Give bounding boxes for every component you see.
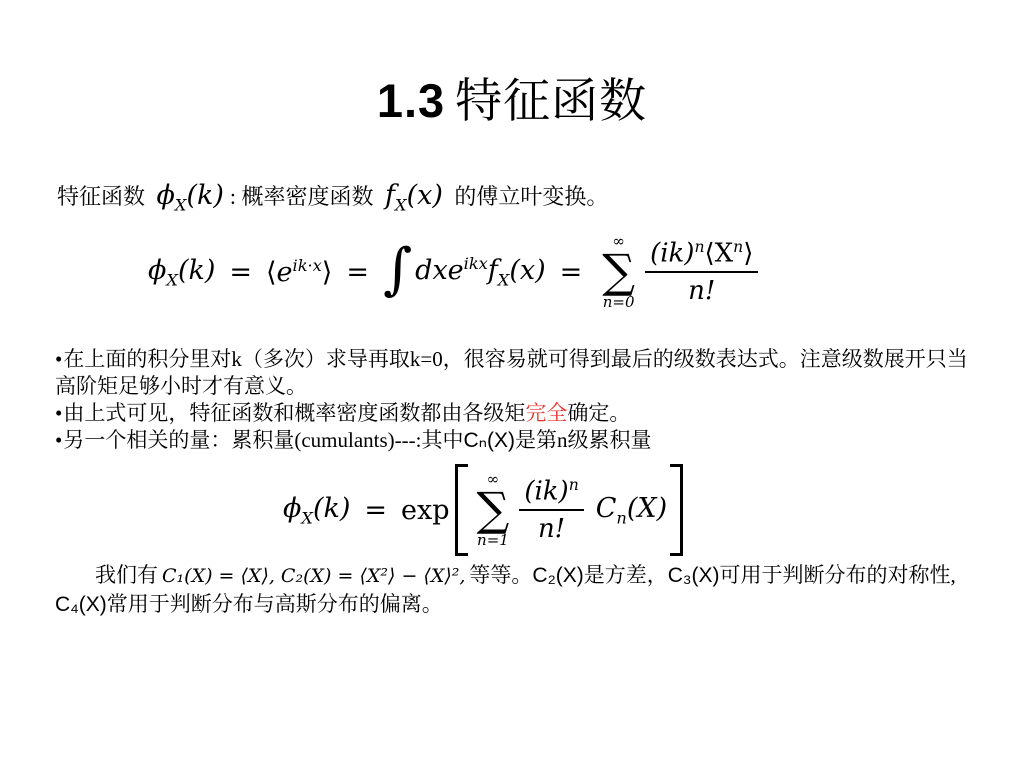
bullet-moments-determine: •由上式可见，特征函数和概率密度函数都由各级矩完全确定。 bbox=[55, 400, 971, 427]
cumulant-inline-math: C₁(X) = ⟨X⟩, C₂(X) = ⟨X²⟩ − ⟨X⟩², bbox=[158, 565, 469, 587]
cumulant-term: Cn(X) bbox=[596, 493, 667, 527]
intro-label-1: 特征函数 bbox=[57, 184, 145, 209]
formula-cumulant-expansion: ϕX(k) = exp ∞ ∑ n=1 (ik)n n! Cn(X) bbox=[283, 462, 686, 558]
intro-colon: : bbox=[230, 184, 236, 209]
intro-label-3: 的傅立叶变换。 bbox=[454, 184, 608, 209]
cumulant-symbol: Cₙ(X) bbox=[463, 429, 515, 452]
phi-term: ϕX(k) bbox=[148, 255, 215, 289]
c4-symbol: C₄(X) bbox=[55, 593, 107, 616]
closing-text-4: 常用于判断分布与高斯分布的偏离。 bbox=[107, 592, 443, 616]
bullet-marker: • bbox=[55, 428, 62, 452]
integral-sign: ∫ bbox=[383, 242, 412, 298]
summation-sign: ∞ ∑ n=0 bbox=[602, 234, 635, 311]
bullet-3-pre: 另一个相关的量：累积量(cumulants)---:其中 bbox=[63, 428, 463, 452]
pdf-inline-math: fX(x) bbox=[379, 180, 449, 211]
section-number: 1.3 bbox=[377, 74, 445, 127]
bullet-series-expansion: •在上面的积分里对k（多次）求导再取k=0，很容易就可得到最后的级数表达式。注意… bbox=[55, 346, 971, 400]
bullet-2-pre: 由上式可见，特征函数和概率密度函数都由各级矩 bbox=[63, 401, 525, 425]
bullet-2-post: 确定。 bbox=[567, 401, 630, 425]
c2-symbol: C₂(X) bbox=[532, 564, 583, 587]
phi-term: ϕX(k) bbox=[283, 493, 350, 527]
bullet-marker: • bbox=[55, 347, 62, 371]
bullet-3-post: 是第n级累积量 bbox=[515, 428, 652, 452]
left-bracket bbox=[455, 464, 468, 556]
intro-label-2: 概率密度函数 bbox=[242, 184, 374, 209]
equals-sign: = bbox=[560, 257, 583, 288]
intro-line: 特征函数 ϕX(k): 概率密度函数 fX(x) 的傅立叶变换。 bbox=[57, 180, 608, 214]
closing-text-3: 可用于判断分布的对称性, bbox=[719, 563, 955, 587]
bullet-2-highlight: 完全 bbox=[525, 401, 567, 425]
moment-fraction: (ik)n⟨Xn⟩ n! bbox=[645, 238, 758, 307]
summation-sign: ∞ ∑ n=1 bbox=[477, 472, 510, 549]
title-text: 特征函数 bbox=[455, 76, 647, 128]
expectation-term: ⟨eik·x⟩ bbox=[266, 256, 332, 288]
exp-operator: exp bbox=[401, 495, 450, 526]
right-bracket bbox=[670, 464, 683, 556]
equals-sign: = bbox=[346, 257, 369, 288]
bullet-cumulants: •另一个相关的量：累积量(cumulants)---:其中Cₙ(X)是第n级累积… bbox=[55, 427, 971, 454]
equals-sign: = bbox=[364, 495, 387, 526]
slide: 1.3特征函数 特征函数 ϕX(k): 概率密度函数 fX(x) 的傅立叶变换。… bbox=[0, 0, 1024, 768]
bullet-list: •在上面的积分里对k（多次）求导再取k=0，很容易就可得到最后的级数表达式。注意… bbox=[55, 346, 971, 454]
closing-lead: 我们有 bbox=[95, 563, 158, 587]
formula-characteristic-function: ϕX(k) = ⟨eik·x⟩ = ∫ dxeikxfX(x) = ∞ ∑ n=… bbox=[148, 230, 762, 314]
closing-text-2: 是方差， bbox=[584, 563, 668, 587]
closing-text-1: 等等。 bbox=[469, 563, 532, 587]
integrand-term: dxeikxfX(x) bbox=[415, 254, 545, 289]
closing-paragraph: 我们有C₁(X) = ⟨X⟩, C₂(X) = ⟨X²⟩ − ⟨X⟩²,等等。C… bbox=[55, 561, 971, 619]
c3-symbol: C₃(X) bbox=[668, 564, 720, 587]
bullet-marker: • bbox=[55, 401, 62, 425]
phi-inline-math: ϕX(k) bbox=[151, 180, 230, 211]
ik-fraction: (ik)n n! bbox=[519, 476, 583, 545]
slide-title: 1.3特征函数 bbox=[0, 64, 1024, 131]
equals-sign: = bbox=[229, 257, 252, 288]
bullet-1-text: 在上面的积分里对k（多次）求导再取k=0，很容易就可得到最后的级数表达式。注意级… bbox=[55, 347, 968, 398]
